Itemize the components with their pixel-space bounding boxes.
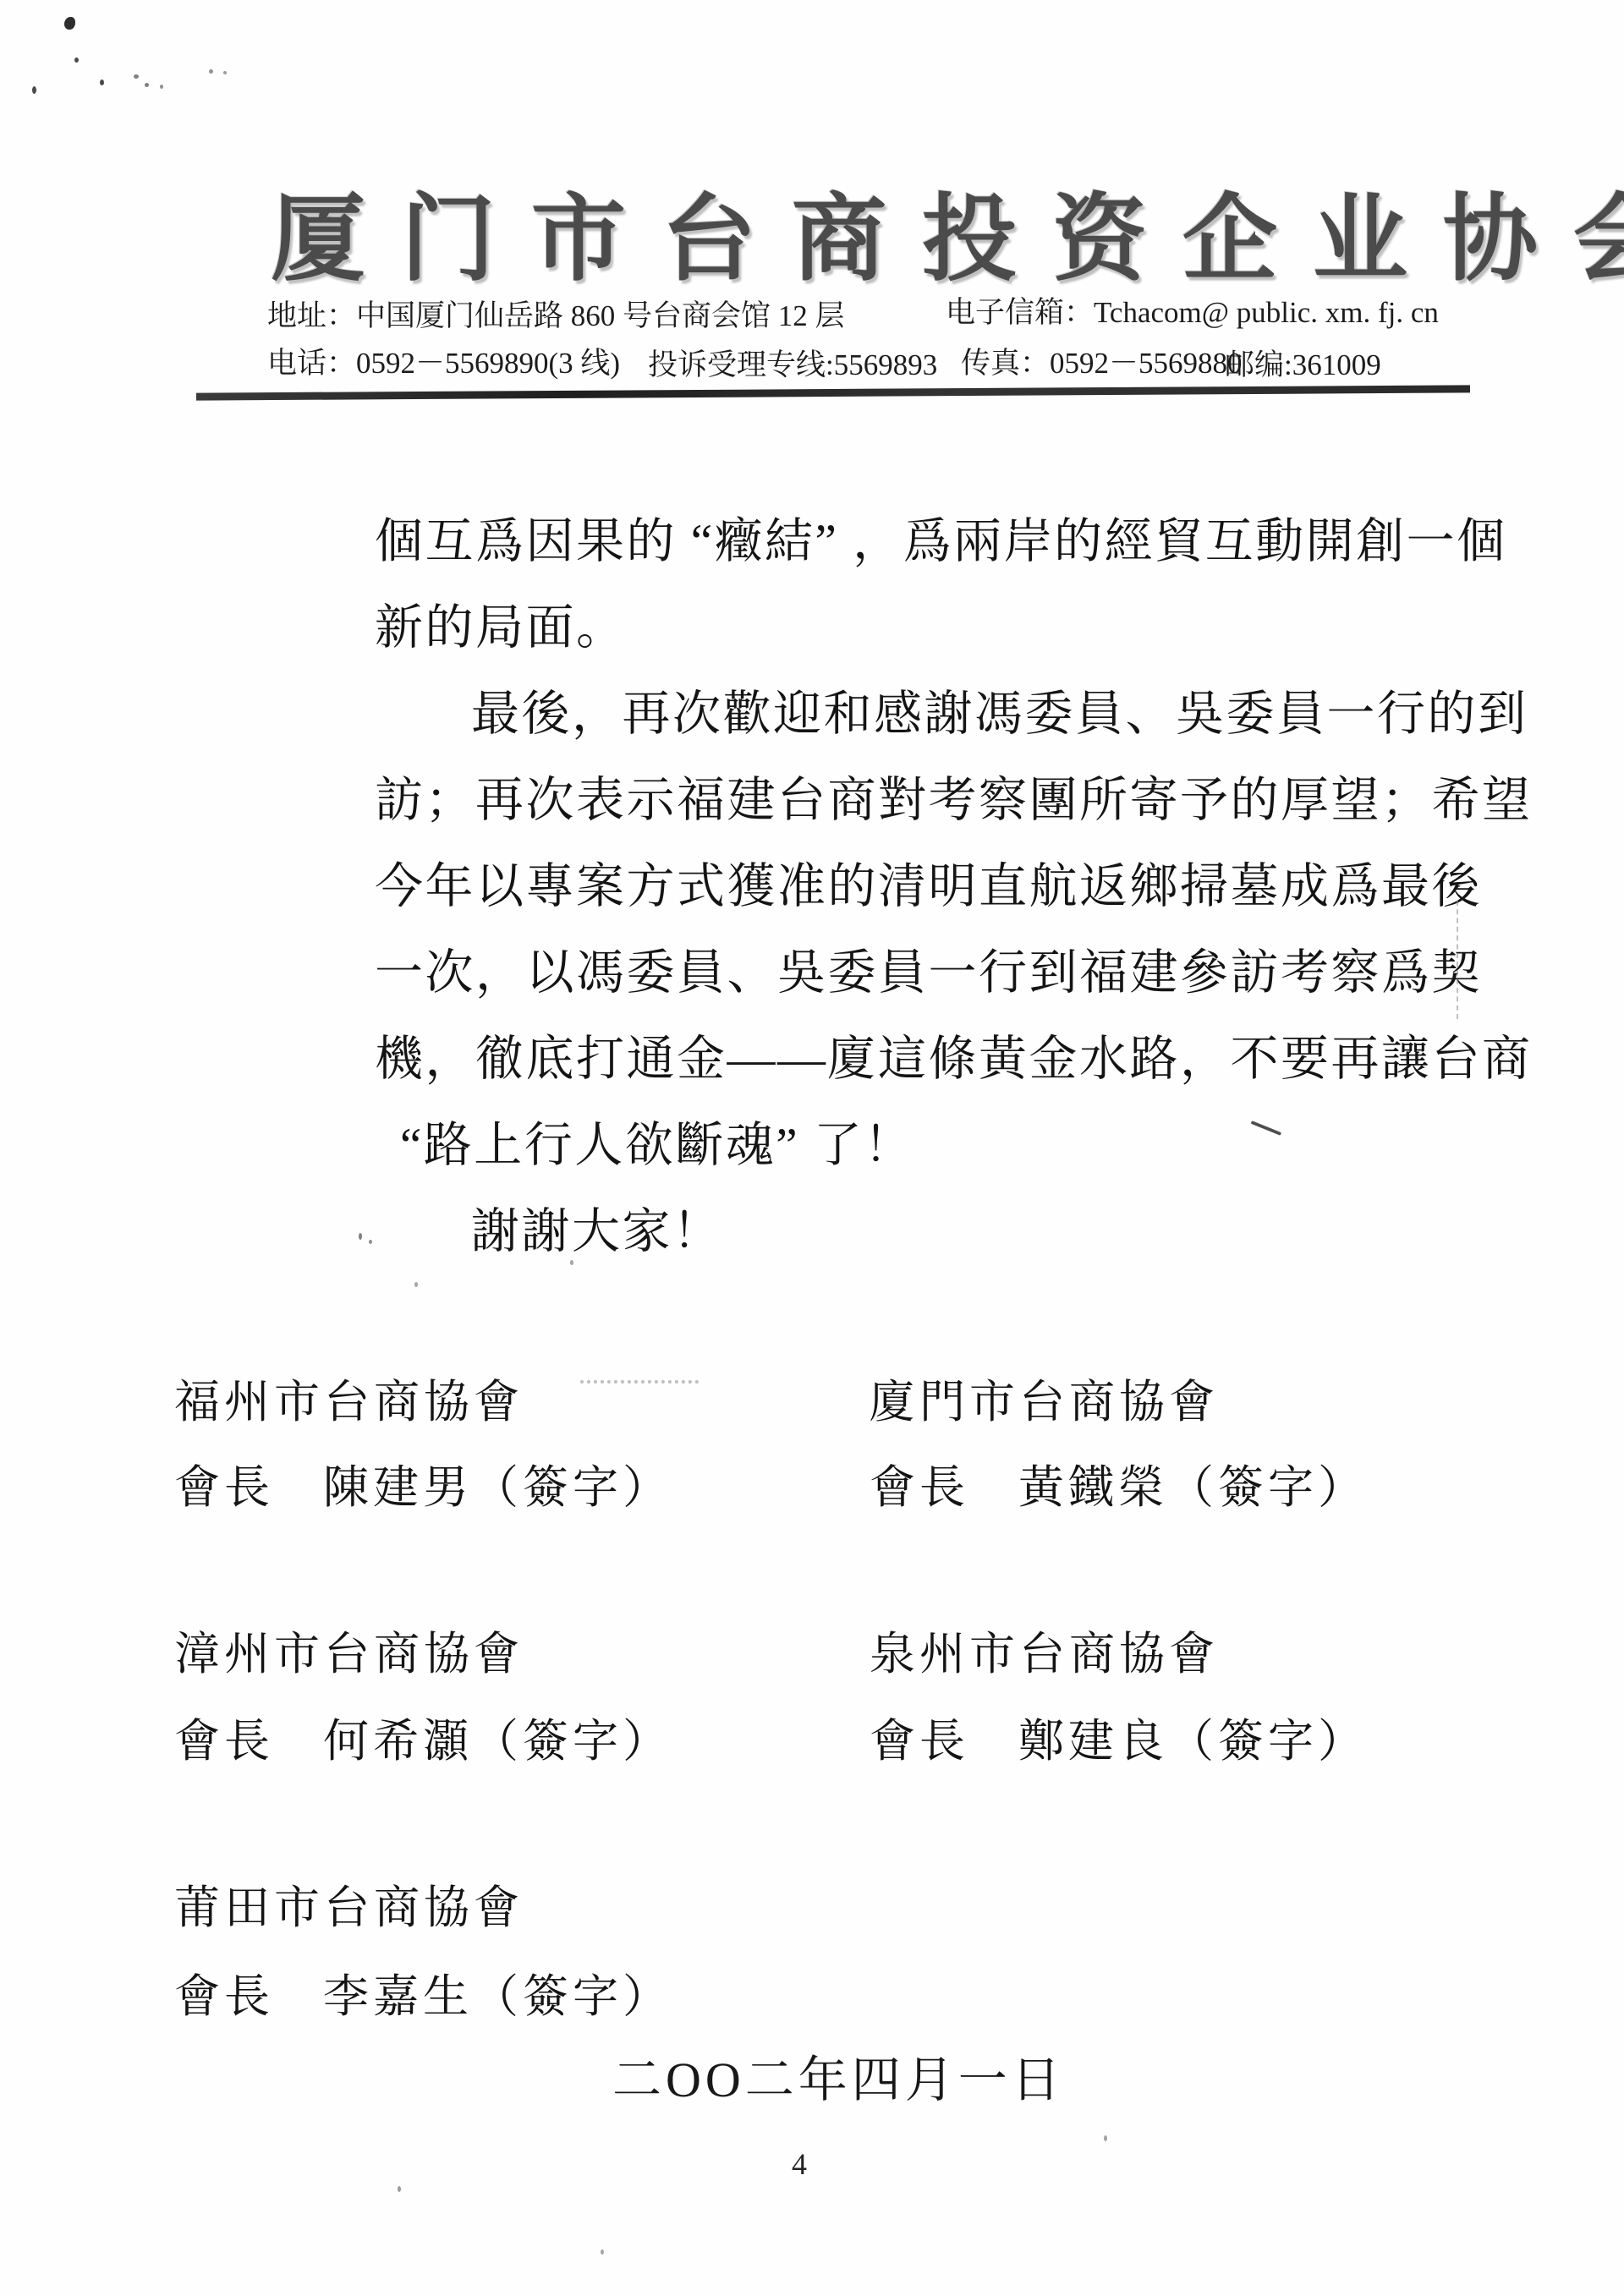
scanned-document-page: 厦门市台商投资企业协会 地址：中国厦门仙岳路 860 号台商会馆 12 层 电子… [0, 0, 1624, 2296]
signature-role: 會長 [174, 1971, 274, 2022]
signature-line-quanzhou: 會長鄭建良（簽字） [870, 1705, 1368, 1770]
signature-note: （簽字） [1168, 1462, 1368, 1513]
body-line-3: 最後，再次歡迎和感謝馮委員、吳委員一行的到 [375, 671, 1500, 758]
letterhead-divider-rule [196, 385, 1470, 400]
scan-speck [100, 79, 104, 85]
signature-role: 會長 [174, 1462, 274, 1513]
complaint-hotline-text: 投诉受理专线:5569893 [648, 342, 937, 384]
scan-speck [145, 83, 149, 87]
scan-speck [64, 17, 75, 30]
signature-note: （簽字） [473, 1462, 672, 1513]
signature-line-fuzhou: 會長陳建男（簽字） [174, 1451, 672, 1516]
page-number: 4 [792, 2146, 807, 2182]
scan-dashed-line-artifact [1457, 901, 1458, 1019]
address-text: 地址：中国厦门仙岳路 860 号台商会馆 12 层 [267, 293, 845, 335]
scan-speck [1104, 2135, 1107, 2141]
scan-speck [398, 2186, 401, 2192]
body-line-8: “路上行人欲斷魂” 了！ [375, 1103, 1500, 1189]
signature-line-zhangzhou: 會長何希灝（簽字） [174, 1705, 672, 1770]
signature-org-putian: 莆田市台商協會 [174, 1871, 524, 1937]
scan-speck [601, 2249, 604, 2255]
body-line-4: 訪；再次表示福建台商對考察團所寄予的厚望；希望 [375, 758, 1500, 844]
postcode-text: 邮编:361009 [1225, 342, 1381, 384]
signature-org-zhangzhou: 漳州市台商協會 [174, 1618, 524, 1683]
signature-role: 會長 [870, 1716, 969, 1767]
signature-name: 黃鐵榮 [1018, 1462, 1168, 1513]
signature-name: 何希灝 [323, 1716, 473, 1767]
fax-text: 传真：0592－5569880 [961, 340, 1243, 382]
phone-text: 电话：0592－5569890(3 线) [267, 340, 620, 382]
signature-org-xiamen: 廈門市台商協會 [870, 1366, 1219, 1431]
date-line: 二OO二年四月一日 [612, 2040, 1065, 2111]
scan-speck [359, 1233, 362, 1240]
body-line-2: 新的局面。 [375, 585, 1500, 671]
signature-role: 會長 [870, 1462, 969, 1513]
letterhead-title: 厦门市台商投资企业协会 [271, 163, 1624, 299]
signature-name: 鄭建良 [1018, 1716, 1168, 1767]
scan-speck [369, 1240, 372, 1244]
signature-role: 會長 [174, 1716, 274, 1767]
scan-dotted-artifact [580, 1380, 699, 1384]
scan-speck [209, 69, 213, 74]
signature-note: （簽字） [473, 1716, 672, 1767]
signature-note: （簽字） [1168, 1716, 1368, 1767]
scan-speck [32, 86, 36, 94]
body-line-9: 謝謝大家！ [375, 1189, 1500, 1275]
scan-speck [223, 71, 227, 74]
signature-org-quanzhou: 泉州市台商協會 [870, 1618, 1219, 1683]
scan-speck [74, 58, 79, 63]
body-line-7: 機，徹底打通金——廈這條黃金水路，不要再讓台商 [375, 1016, 1500, 1103]
signature-name: 李嘉生 [323, 1971, 473, 2022]
signature-line-xiamen: 會長黃鐵榮（簽字） [870, 1451, 1368, 1516]
scan-speck [134, 74, 139, 79]
body-line-5: 今年以專案方式獲准的清明直航返鄉掃墓成爲最後 [375, 844, 1500, 930]
scan-speck [570, 1260, 573, 1265]
signature-name: 陳建男 [323, 1462, 473, 1513]
signature-line-putian: 會長李嘉生（簽字） [174, 1960, 672, 2025]
body-line-6: 一次，以馮委員、吳委員一行到福建參訪考察爲契 [375, 930, 1500, 1016]
letter-body: 個互爲因果的 “癥結” ，爲兩岸的經貿互動開創一個 新的局面。 最後，再次歡迎和… [375, 499, 1500, 1275]
signature-note: （簽字） [473, 1971, 672, 2022]
scan-speck [160, 85, 163, 89]
signature-org-fuzhou: 福州市台商協會 [174, 1366, 524, 1431]
email-text: 电子信箱：Tchacom@ public. xm. fj. cn [946, 289, 1439, 332]
scan-speck [414, 1282, 418, 1287]
body-line-1: 個互爲因果的 “癥結” ，爲兩岸的經貿互動開創一個 [375, 499, 1500, 585]
